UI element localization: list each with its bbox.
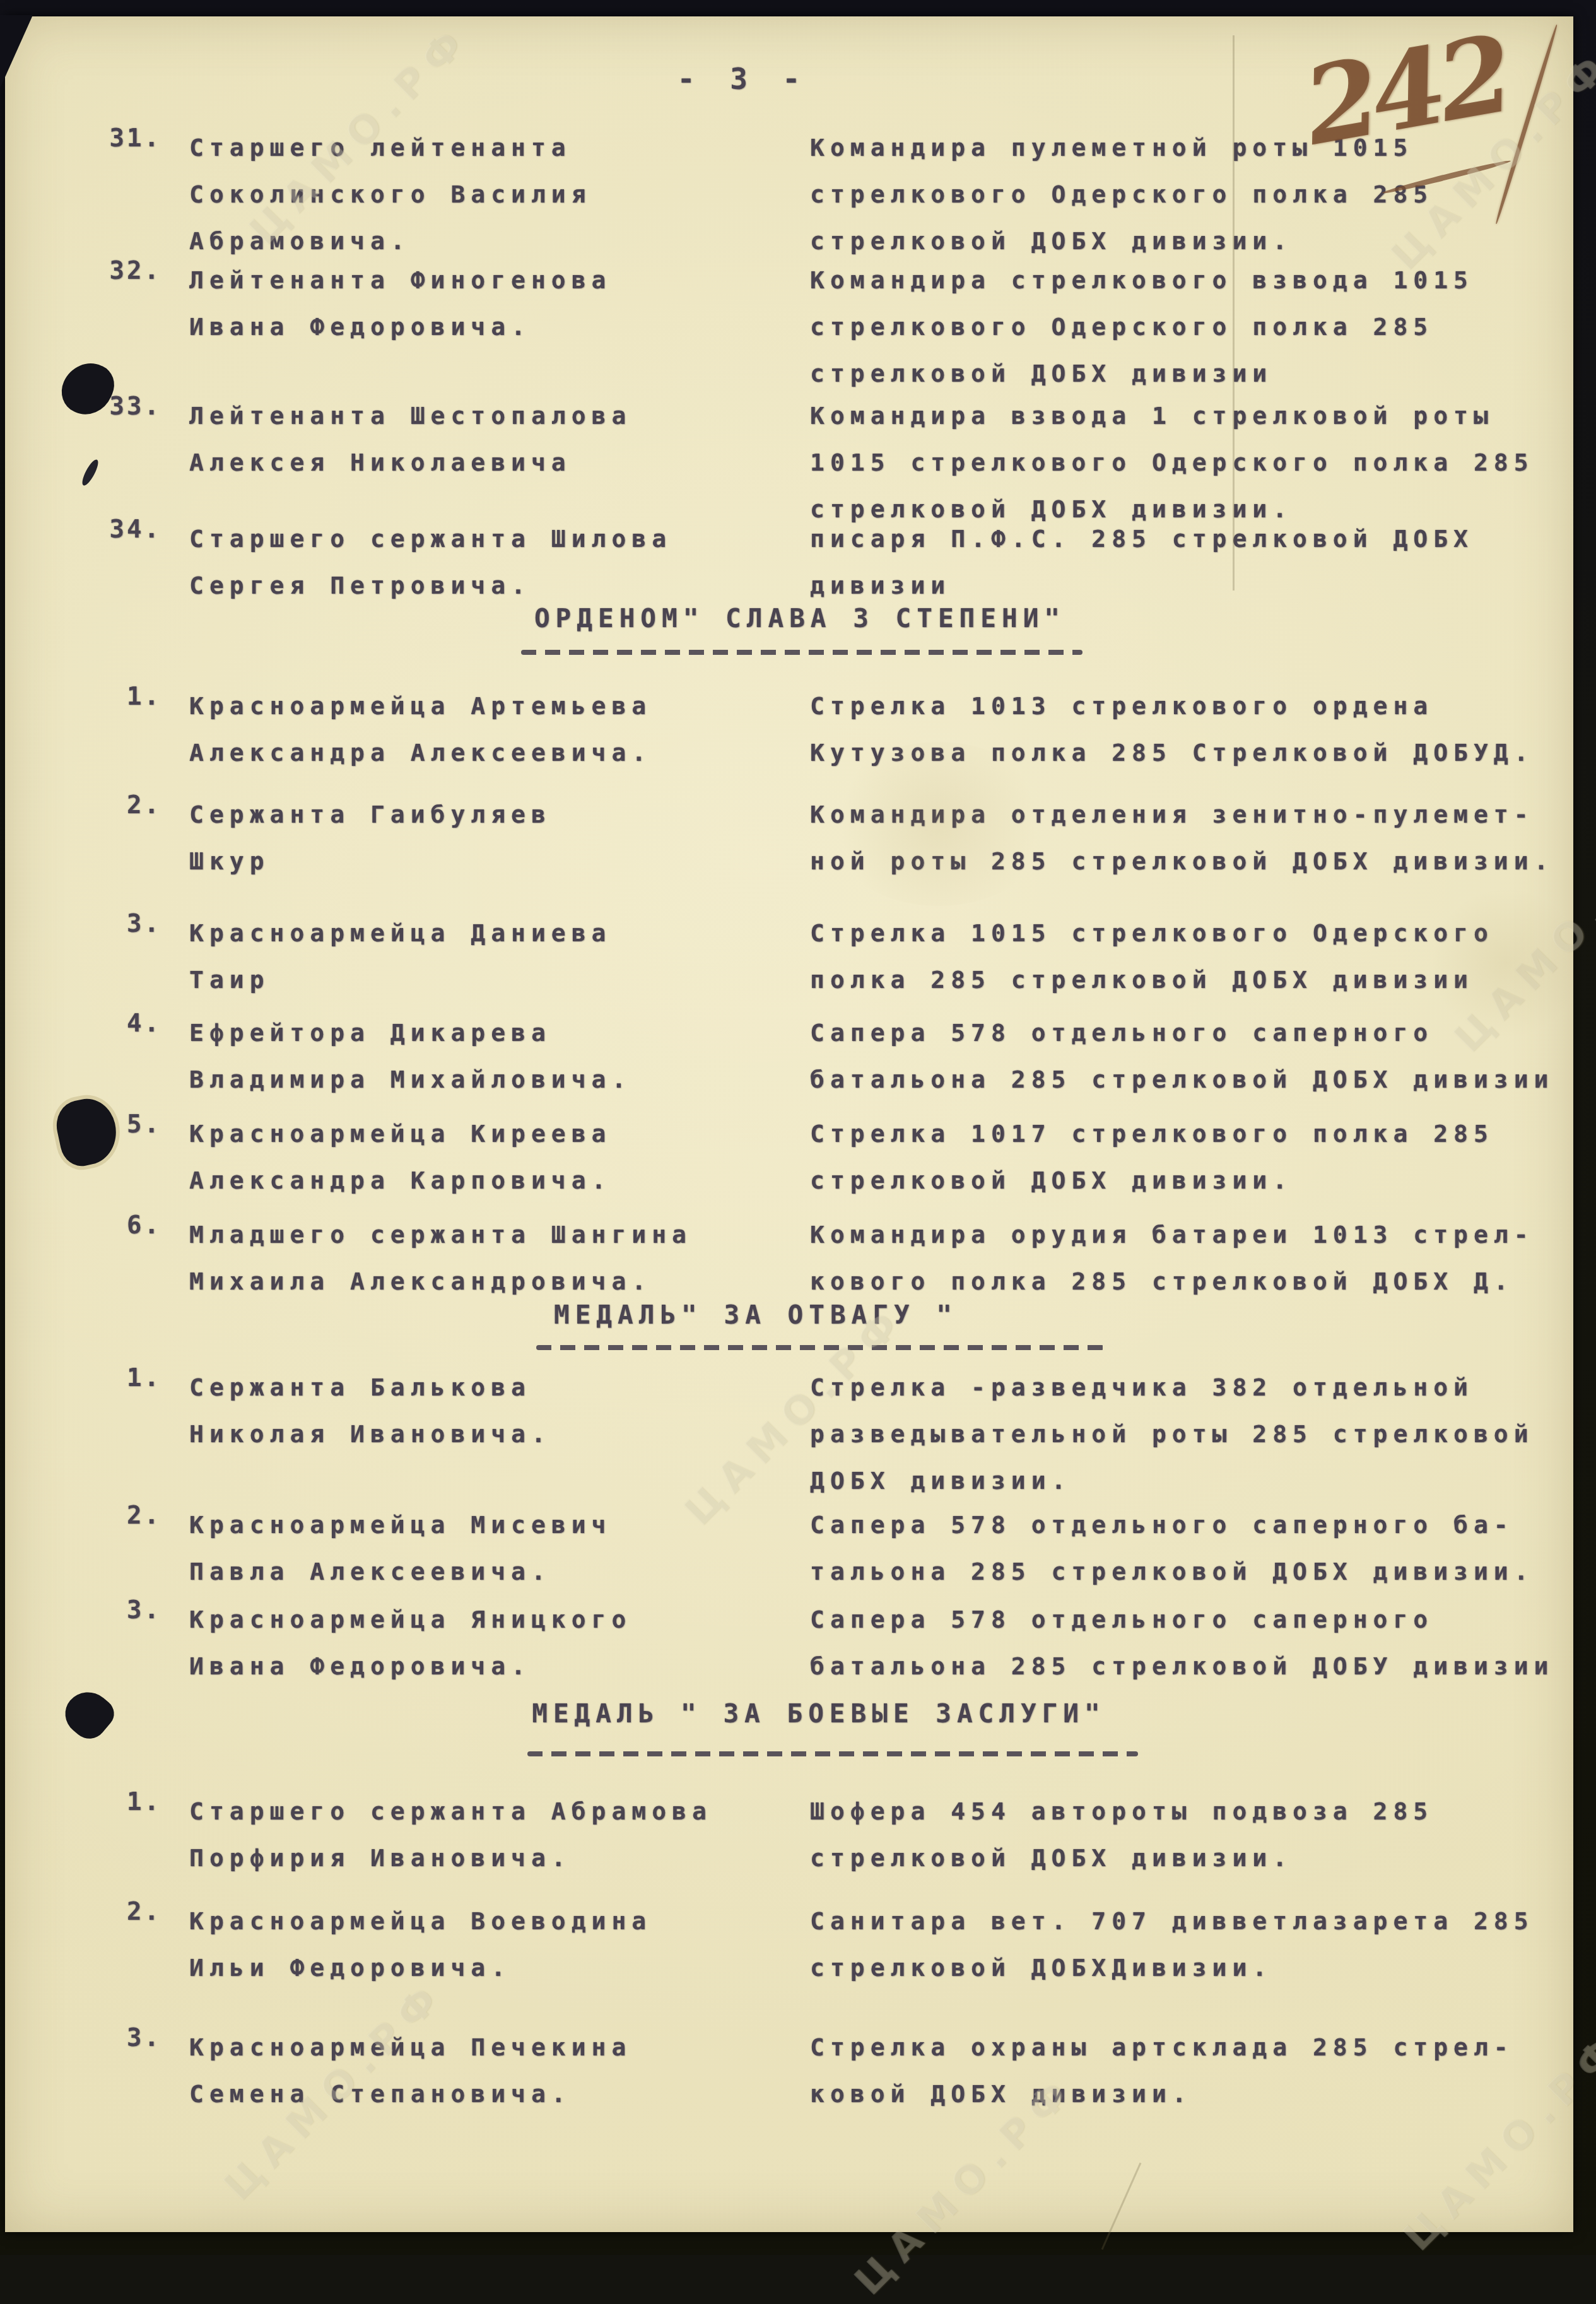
text-line: разведывательной роты 285 стрелковой [810, 1411, 1580, 1457]
item-name: Красноармейца ЯницкогоИвана Федоровича. [189, 1596, 795, 1690]
section-header-otvaga: МЕДАЛЬ" ЗА ОТВАГУ " [472, 1300, 1040, 1330]
item-position: Сапера 578 отдельного саперного ба-тальо… [810, 1502, 1580, 1595]
item-position: Стрелка 1017 стрелкового полка 285стрелк… [810, 1110, 1580, 1204]
text-line: Лейтенанта Шестопалова [189, 392, 795, 439]
item-position: Стрелка охраны артсклада 285 стрел-ковой… [810, 2024, 1580, 2117]
item-position: Командира взвода 1 стрелковой роты1015 с… [810, 392, 1580, 532]
text-line: Сержанта Гаибуляев [189, 791, 795, 838]
text-line: Командира стрелкового взвода 1015 [810, 257, 1580, 303]
item-number: 2. [86, 1502, 161, 1530]
text-line: Алексея Николаевича [189, 439, 795, 486]
item-number: 32. [86, 257, 161, 285]
crease-line [1101, 2163, 1142, 2250]
text-line: Александра Карповича. [189, 1157, 795, 1204]
item-name: Красноармейца КирееваАлександра Карпович… [189, 1110, 795, 1204]
item-number: 4. [86, 1009, 161, 1038]
text-line: Красноармейца Воеводина [189, 1898, 795, 1944]
text-line: Красноармейца Артемьева [189, 683, 795, 729]
text-line: Командира взвода 1 стрелковой роты [810, 392, 1580, 439]
item-number: 2. [86, 791, 161, 820]
text-line: Владимира Михайловича. [189, 1056, 795, 1103]
text-line: Шкур [189, 838, 795, 885]
item-position: Стрелка -разведчика 382 отдельнойразведы… [810, 1364, 1580, 1504]
text-line: Ильи Федоровича. [189, 1944, 795, 1991]
page-number: - 3 - [648, 62, 838, 96]
text-line: Санитара вет. 707 дивветлазарета 285 [810, 1898, 1580, 1944]
text-line: Сергея Петровича. [189, 562, 795, 609]
hole-punch [52, 1094, 122, 1170]
text-line: батальона 285 стрелковой ДОБУ дивизии [810, 1643, 1580, 1690]
item-name: Ефрейтора ДикареваВладимира Михайловича. [189, 1009, 795, 1103]
text-line: Михаила Александровича. [189, 1258, 795, 1305]
item-name: Лейтенанта ШестопаловаАлексея Николаевич… [189, 392, 795, 486]
text-line: ковой ДОБХ дивизии. [810, 2071, 1580, 2117]
item-position: Сапера 578 отдельного саперногобатальона… [810, 1596, 1580, 1690]
item-number: 31. [86, 124, 161, 153]
text-line: Павла Алексеевича. [189, 1548, 795, 1595]
item-number: 2. [86, 1898, 161, 1926]
text-line: Ивана Федоровича. [189, 1643, 795, 1690]
document-page: - 3 - 31.Старшего лейтенантаСоколинского… [5, 16, 1573, 2232]
text-line: Красноармейца Яницкого [189, 1596, 795, 1643]
text-line: 1015 стрелкового Одерского полка 285 [810, 439, 1580, 486]
item-number: 6. [86, 1211, 161, 1240]
text-line: стрелковой ДОБХ дивизии. [810, 1835, 1580, 1881]
text-line: стрелковой ДОБХ дивизии. [810, 1157, 1580, 1204]
text-line: Старшего лейтенанта [189, 124, 795, 171]
text-line: Лейтенанта Финогенова [189, 257, 795, 303]
item-number: 1. [86, 683, 161, 711]
text-line: Сапера 578 отдельного саперного [810, 1596, 1580, 1643]
text-line: Александра Алексеевича. [189, 729, 795, 776]
text-line: Старшего сержанта Абрамова [189, 1788, 795, 1835]
paper-stain [1431, 887, 1582, 1038]
text-line: стрелковой ДОБХДивизии. [810, 1944, 1580, 1991]
item-position: Командира стрелкового взвода 1015стрелко… [810, 257, 1580, 397]
text-line: Шофера 454 автороты подвоза 285 [810, 1788, 1580, 1835]
text-line: Порфирия Ивановича. [189, 1835, 795, 1881]
item-name: Красноармейца ПечекинаСемена Степановича… [189, 2024, 795, 2117]
scan-background: - 3 - 31.Старшего лейтенантаСоколинского… [0, 0, 1596, 2255]
text-line: Стрелка 1017 стрелкового полка 285 [810, 1110, 1580, 1157]
text-line: Стрелка охраны артсклада 285 стрел- [810, 2024, 1580, 2071]
item-name: Лейтенанта ФиногеноваИвана Федоровича. [189, 257, 795, 350]
item-position: Санитара вет. 707 дивветлазарета 285стре… [810, 1898, 1580, 1991]
text-line: Стрелка 1013 стрелкового ордена [810, 683, 1580, 729]
text-line: Ефрейтора Дикарева [189, 1009, 795, 1056]
text-line: Таир [189, 956, 795, 1003]
text-line: Сержанта Балькова [189, 1364, 795, 1411]
item-name: Старшего сержанта ШиловаСергея Петровича… [189, 515, 795, 609]
text-line: Ивана Федоровича. [189, 303, 795, 350]
item-position: Командира орудия батареи 1013 стрел-ково… [810, 1211, 1580, 1305]
text-line: Младшего сержанта Шангина [189, 1211, 795, 1258]
section-underline [527, 1751, 1138, 1756]
text-line: кового полка 285 стрелковой ДОБХ Д. [810, 1258, 1580, 1305]
text-line: тальона 285 стрелковой ДОБХ дивизии. [810, 1548, 1580, 1595]
item-name: Сержанта ГаибуляевШкур [189, 791, 795, 885]
item-number: 1. [86, 1364, 161, 1392]
section-underline [536, 1345, 1104, 1350]
item-number: 3. [86, 2024, 161, 2052]
text-line: ДОБХ дивизии. [810, 1457, 1580, 1504]
section-header-slava: ОРДЕНОМ" СЛАВА 3 СТЕПЕНИ" [484, 603, 1115, 633]
crease-line [1233, 35, 1235, 591]
text-line: дивизии [810, 562, 1580, 609]
item-name: Сержанта БальковаНиколая Ивановича. [189, 1364, 795, 1457]
item-name: Красноармейца ДаниеваТаир [189, 910, 795, 1003]
text-line: Красноармейца Даниева [189, 910, 795, 956]
text-line: Красноармейца Киреева [189, 1110, 795, 1157]
item-position: писаря П.Ф.С. 285 стрелковой ДОБХдивизии [810, 515, 1580, 609]
text-line: Сапера 578 отдельного саперного ба- [810, 1502, 1580, 1548]
item-number: 3. [86, 1596, 161, 1625]
item-position: Шофера 454 автороты подвоза 285стрелково… [810, 1788, 1580, 1881]
item-number: 34. [86, 515, 161, 544]
ink-blot [57, 1683, 120, 1746]
item-name: Младшего сержанта ШангинаМихаила Алексан… [189, 1211, 795, 1305]
item-number: 1. [86, 1788, 161, 1816]
text-line: батальона 285 стрелковой ДОБХ дивизии [810, 1056, 1580, 1103]
item-number: 3. [86, 910, 161, 938]
text-line: стрелковой ДОБХ дивизии [810, 350, 1580, 397]
text-line: Стрелка -разведчика 382 отдельной [810, 1364, 1580, 1411]
item-name: Красноармейца АртемьеваАлександра Алексе… [189, 683, 795, 776]
item-name: Старшего сержанта АбрамоваПорфирия Ивано… [189, 1788, 795, 1881]
text-line: Николая Ивановича. [189, 1411, 795, 1457]
text-line: писаря П.Ф.С. 285 стрелковой ДОБХ [810, 515, 1580, 562]
item-name: Красноармейца ВоеводинаИльи Федоровича. [189, 1898, 795, 1991]
text-line: Старшего сержанта Шилова [189, 515, 795, 562]
section-header-zaslugi: МЕДАЛЬ " ЗА БОЕВЫЕ ЗАСЛУГИ" [447, 1698, 1191, 1729]
section-underline [521, 650, 1083, 655]
text-line: стрелкового Одерского полка 285 [810, 303, 1580, 350]
paper-stain [825, 742, 1052, 906]
text-line: Красноармейца Печекина [189, 2024, 795, 2071]
pen-mark [79, 457, 101, 487]
text-line: Командира орудия батареи 1013 стрел- [810, 1211, 1580, 1258]
